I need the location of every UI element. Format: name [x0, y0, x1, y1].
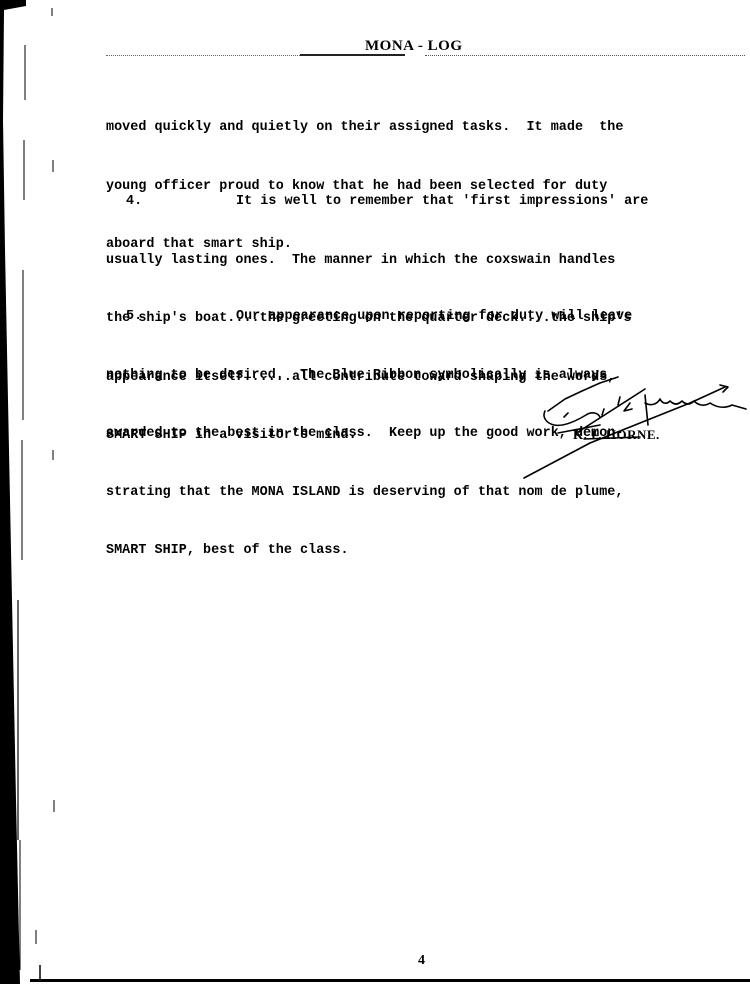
paragraph-number: 5.: [106, 307, 236, 327]
text-line: strating that the MONA ISLAND is deservi…: [106, 483, 716, 503]
document-page: MONA - LOG moved quickly and quietly on …: [0, 0, 750, 984]
text-line: 5.Our appearance upon reporting for duty…: [106, 307, 716, 327]
text-line: SMART SHIP, best of the class.: [106, 541, 716, 561]
text-line: 4.It is well to remember that 'first imp…: [106, 192, 716, 212]
page-number: 4: [418, 953, 425, 969]
header-rule: [425, 55, 745, 57]
text-line-first: It is well to remember that 'first impre…: [236, 194, 648, 209]
signature-name: K. F. HORNE.: [573, 427, 660, 443]
header-title: MONA - LOG: [365, 38, 463, 55]
text-line: moved quickly and quietly on their assig…: [106, 118, 716, 138]
paragraph-number: 4.: [106, 192, 236, 212]
bottom-edge-rule: [30, 979, 750, 982]
header-rule: [106, 55, 312, 57]
text-line-first: Our appearance upon reporting for duty w…: [236, 309, 632, 324]
